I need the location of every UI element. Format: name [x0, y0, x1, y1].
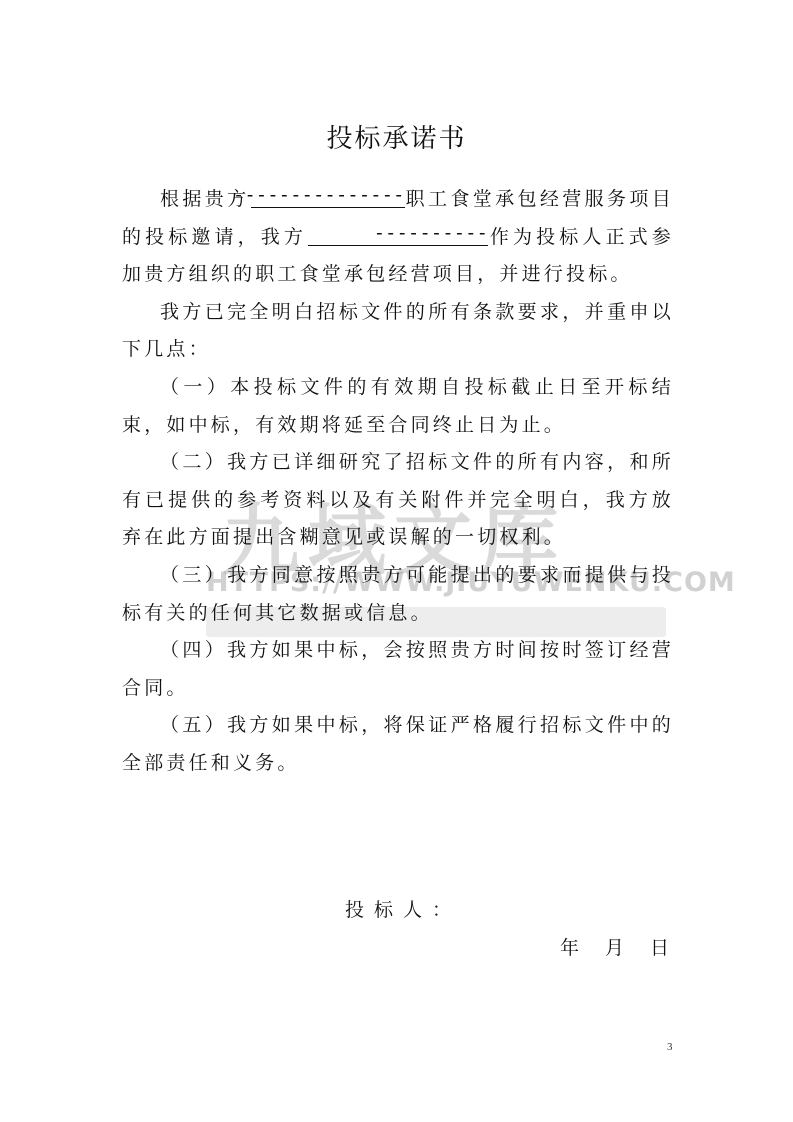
bidder-name-blank[interactable]: ----------	[308, 223, 488, 246]
commitment-item-2: （二）我方已详细研究了招标文件的所有内容，和所有已提供的参考资料以及有关附件并完…	[122, 444, 674, 557]
statement-paragraph: 我方已完全明白招标文件的所有条款要求，并重申以下几点：	[122, 294, 674, 369]
commitment-item-3: （三）我方同意按照贵方可能提出的要求而提供与投标有关的任何其它数据或信息。	[122, 557, 674, 632]
document-title: 投标承诺书	[0, 118, 793, 155]
commitment-item-4: （四）我方如果中标，会按照贵方时间按时签订经营合同。	[122, 632, 674, 707]
tenderer-name-blank[interactable]: ---------------	[251, 185, 405, 208]
date-month-label: 月	[605, 937, 624, 959]
page-number: 3	[667, 1041, 673, 1053]
commitment-item-5: （五）我方如果中标，将保证严格履行招标文件中的全部责任和义务。	[122, 707, 674, 782]
intro-paragraph: 根据贵方---------------职工食堂承包经营服务项目的投标邀请，我方-…	[122, 181, 674, 294]
signature-date: 年月日	[560, 933, 695, 960]
document-body: 根据贵方---------------职工食堂承包经营服务项目的投标邀请，我方-…	[122, 181, 674, 783]
bidder-signature-label: 投标人：	[345, 895, 461, 922]
date-day-label: 日	[650, 937, 669, 959]
commitment-item-1: （一）本投标文件的有效期自投标截止日至开标结束，如中标，有效期将延至合同终止日为…	[122, 369, 674, 444]
date-year-label: 年	[560, 937, 579, 959]
document-page: 九域文库 HTTPS://WWW.JIUYUWENKU.COM 投标承诺书 根据…	[0, 0, 793, 1122]
